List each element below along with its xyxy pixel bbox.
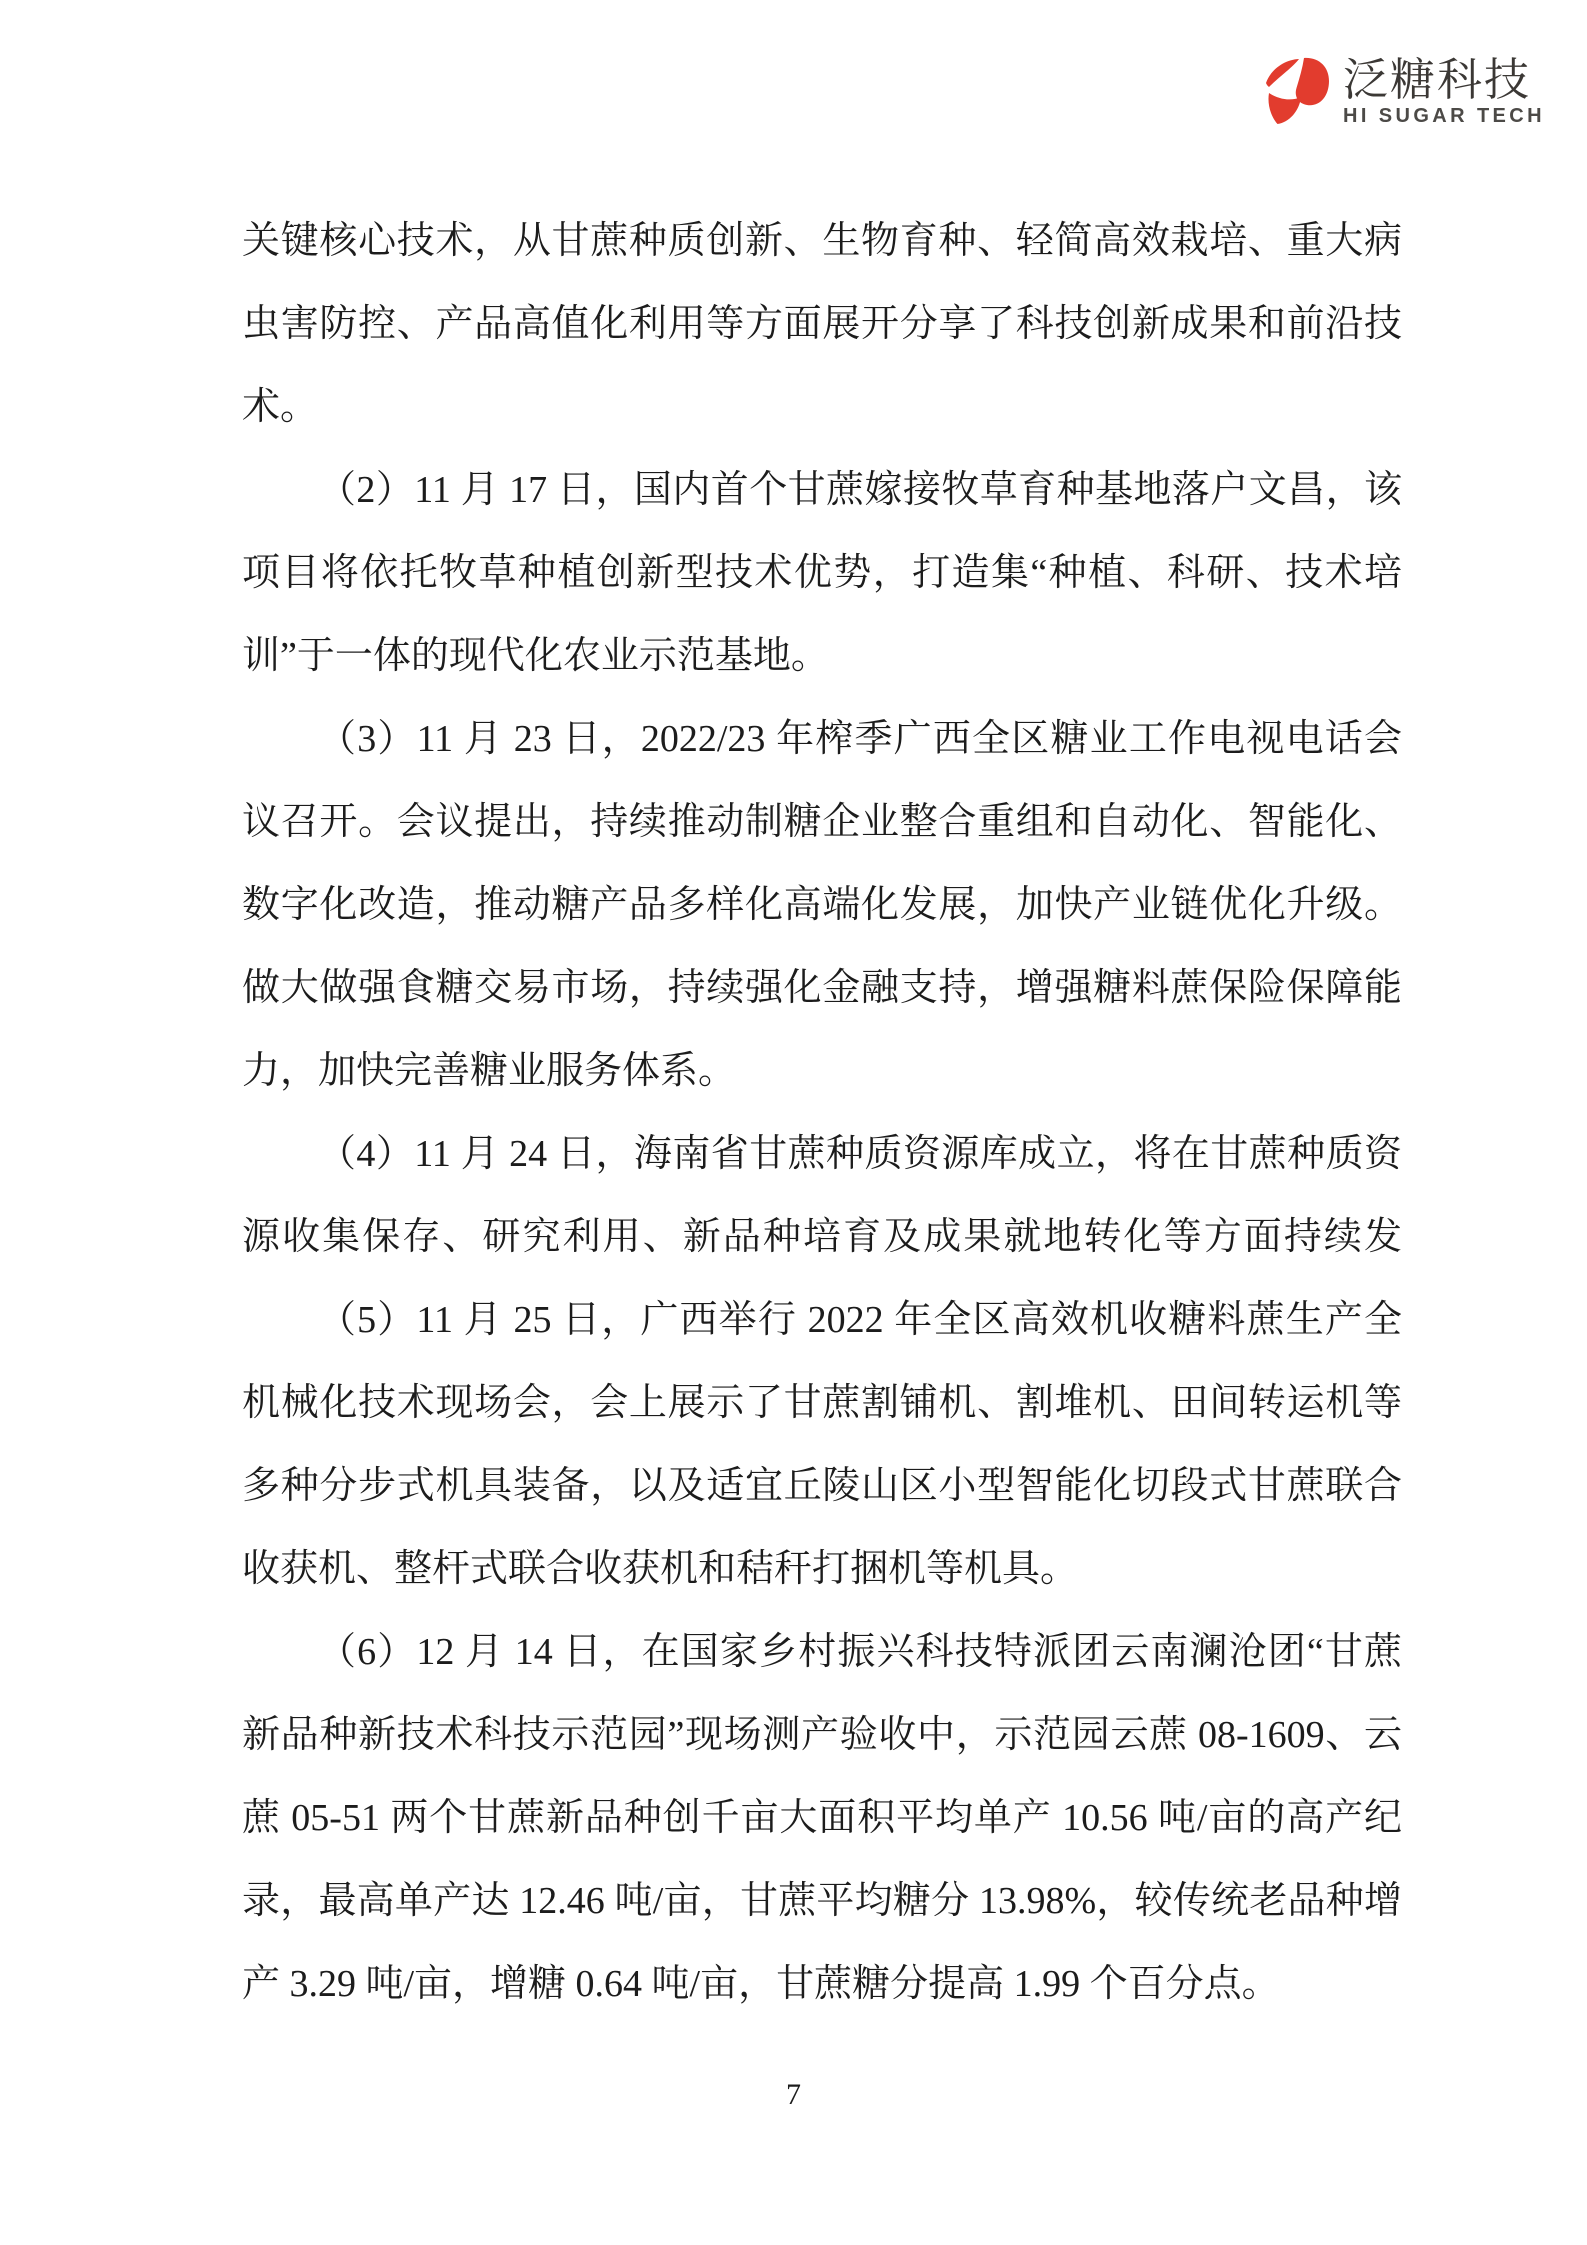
text-line: （2）11 月 17 日，国内首个甘蔗嫁接牧草育种基地落户文昌，该 (242, 449, 1402, 532)
text-line: 新品种新技术科技示范园”现场测产验收中，示范园云蔗 08-1609、云 (242, 1694, 1402, 1777)
text-line: 虫害防控、产品高值化利用等方面展开分享了科技创新成果和前沿技 (242, 283, 1402, 366)
text-line: 收获机、整杆式联合收获机和秸秆打捆机等机具。 (242, 1528, 1402, 1611)
text-line: 源收集保存、研究利用、新品种培育及成果就地转化等方面持续发力。 (242, 1196, 1402, 1279)
text-line: 训”于一体的现代化农业示范基地。 (242, 615, 1402, 698)
text-line: 议召开。会议提出，持续推动制糖企业整合重组和自动化、智能化、 (242, 781, 1402, 864)
text-line: 数字化改造，推动糖产品多样化高端化发展，加快产业链优化升级。 (242, 864, 1402, 947)
text-line: （5）11 月 25 日，广西举行 2022 年全区高效机收糖料蔗生产全程 (242, 1279, 1402, 1362)
logo-name-chinese: 泛糖科技 (1343, 56, 1545, 104)
text-line: 机械化技术现场会，会上展示了甘蔗割铺机、割堆机、田间转运机等 (242, 1362, 1402, 1445)
text-line: （6）12 月 14 日，在国家乡村振兴科技特派团云南澜沧团“甘蔗 (242, 1611, 1402, 1694)
text-line: 多种分步式机具装备，以及适宜丘陵山区小型智能化切段式甘蔗联合 (242, 1445, 1402, 1528)
text-line: 蔗 05-51 两个甘蔗新品种创千亩大面积平均单产 10.56 吨/亩的高产纪 (242, 1777, 1402, 1860)
text-line: （3）11 月 23 日，2022/23 年榨季广西全区糖业工作电视电话会 (242, 698, 1402, 781)
text-line: 录，最高单产达 12.46 吨/亩，甘蔗平均糖分 13.98%，较传统老品种增 (242, 1860, 1402, 1943)
text-line: 关键核心技术，从甘蔗种质创新、生物育种、轻简高效栽培、重大病 (242, 200, 1402, 283)
logo-text: 泛糖科技 HI SUGAR TECH (1343, 56, 1545, 127)
text-line: （4）11 月 24 日，海南省甘蔗种质资源库成立，将在甘蔗种质资 (242, 1113, 1402, 1196)
document-body: 关键核心技术，从甘蔗种质创新、生物育种、轻简高效栽培、重大病 虫害防控、产品高值… (242, 200, 1402, 2026)
text-line: 力，加快完善糖业服务体系。 (242, 1030, 1402, 1113)
text-line: 做大做强食糖交易市场，持续强化金融支持，增强糖料蔗保险保障能 (242, 947, 1402, 1030)
text-line: 项目将依托牧草种植创新型技术优势，打造集“种植、科研、技术培 (242, 532, 1402, 615)
text-line: 产 3.29 吨/亩，增糖 0.64 吨/亩，甘蔗糖分提高 1.99 个百分点。 (242, 1943, 1402, 2026)
text-line: 术。 (242, 366, 1402, 449)
hi-sugar-tech-swirl-icon (1262, 56, 1330, 128)
page-number: 7 (0, 2079, 1587, 2111)
logo: 泛糖科技 HI SUGAR TECH (1262, 56, 1545, 128)
logo-name-english: HI SUGAR TECH (1343, 105, 1545, 127)
document-page: 泛糖科技 HI SUGAR TECH 关键核心技术，从甘蔗种质创新、生物育种、轻… (0, 0, 1587, 2245)
